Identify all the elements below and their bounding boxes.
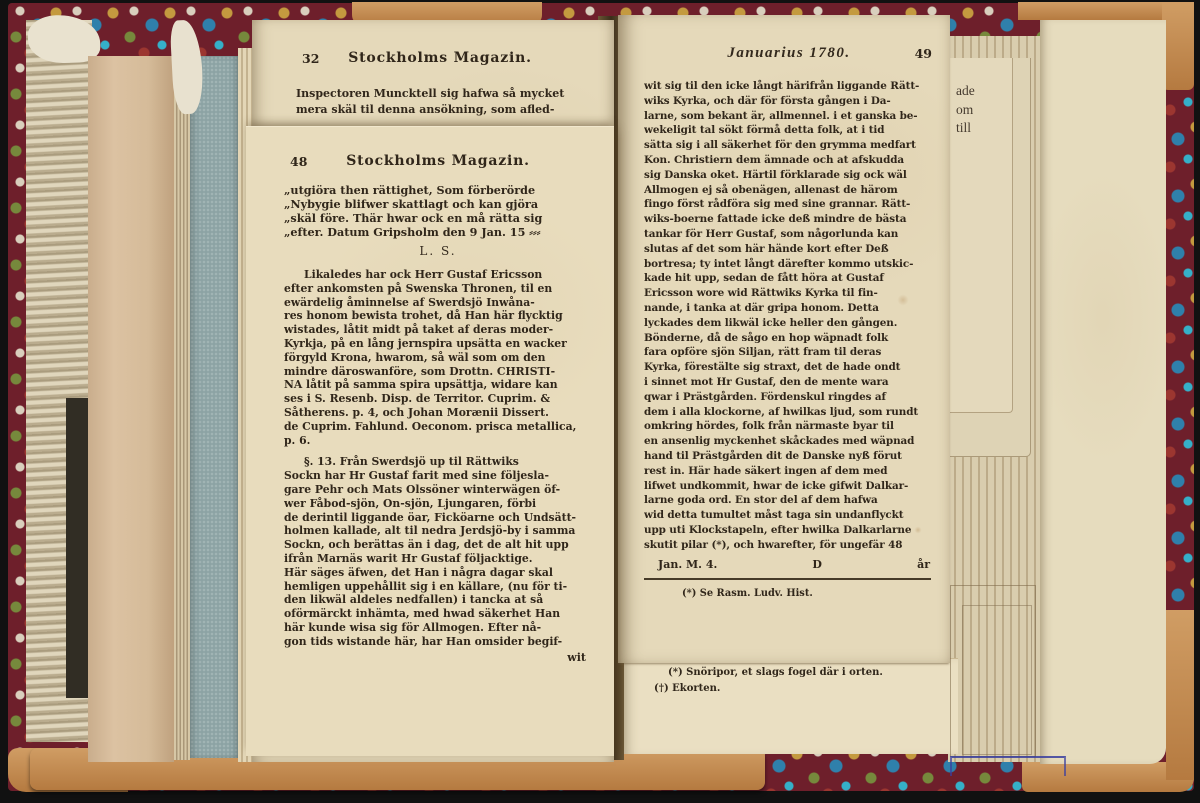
text-line: upp uti Klockstapeln, efter hwilka Dalka… (644, 523, 934, 538)
page-corner-outline (962, 605, 1032, 755)
text-line: gon tids wistande här, har Han omsider b… (284, 635, 592, 649)
text-line: tankar för Herr Gustaf, som någorlunda k… (644, 227, 934, 242)
page-number: 32 (302, 51, 319, 66)
leather-edge-right (1166, 610, 1194, 780)
text-line: hand til Prästgården dit de Danske nyß f… (644, 449, 934, 464)
running-title: Stockholms Magazin. (296, 50, 584, 66)
text-line: Såtherens. p. 4, och Johan Morænii Disse… (284, 406, 592, 420)
text-line: Likaledes har ock Herr Gustaf Ericsson (284, 268, 592, 282)
gathering-letter: D (717, 558, 917, 571)
stacked-tan-page-edge (88, 56, 174, 762)
text-line: efter ankomsten på Swenska Thronen, til … (284, 282, 592, 296)
running-title: Stockholms Magazin. (284, 153, 592, 169)
text-line: wid detta tumultet måst taga sin undanfl… (644, 508, 934, 523)
footnote-rule (644, 578, 931, 580)
text-line: larne goda ord. En stor del af dem hafwa (644, 493, 934, 508)
text-line: hemligen uppehållit sig i en källare, (n… (284, 580, 592, 594)
text-line: „utgiöra then rättighet, Som förberörde (284, 183, 592, 197)
text-line: NA låtit på samma spira upsättja, widare… (284, 378, 592, 392)
outer-leaf-right (1040, 20, 1166, 764)
signature-mark: Jan. M. 4. (658, 558, 717, 571)
book-photo: 32 Stockholms Magazin. Inspectoren Munck… (0, 0, 1200, 803)
text-line: om (956, 101, 975, 120)
text-line: lyckades dem likwäl icke heller den gång… (644, 316, 934, 331)
text-line: „skäl före. Thär hwar ock en må rätta si… (284, 211, 592, 225)
text-line: p. 6. (284, 434, 592, 448)
running-title: Januarius 1780. (644, 45, 934, 62)
text-line: lifwet undkommit, hwar de icke gifwit Da… (644, 479, 934, 494)
text-line: Kon. Christiern dem ämnade och at afskud… (644, 153, 934, 168)
text-line: wit sig til den icke långt härifrån ligg… (644, 79, 934, 94)
text-line: nande, i tanka at där gripa honom. Detta (644, 301, 934, 316)
seal-initials: L. S. (284, 244, 592, 258)
text-line: fara opföre sjön Siljan, rätt fram til d… (644, 345, 934, 360)
signature-line: Jan. M. 4. D år (644, 558, 934, 571)
page-number: 48 (290, 154, 307, 169)
running-header: 48 Stockholms Magazin. (284, 153, 592, 171)
text-line: qwar i Prästgården. Fördenskul ringdes a… (644, 390, 934, 405)
text-line: Kyrka, förestälte sig straxt, det de had… (644, 360, 934, 375)
text-line: „efter. Datum Gripsholm den 9 Jan. 15 ⸗⸗… (284, 225, 592, 239)
text-line: wiks Kyrka, och där för första gången i … (644, 94, 934, 109)
text-line: fingo först rådföra sig med sine grannar… (644, 197, 934, 212)
page-number: 49 (915, 46, 932, 61)
text-line: de derintil liggande öar, Ficköarne och … (284, 511, 592, 525)
text-line: (*) Snöripor, et slags fogel där i orten… (624, 665, 958, 681)
text-line: kade hit upp, sedan de fått höra at Gust… (644, 271, 934, 286)
right-page-49: Januarius 1780. 49 wit sig til den icke … (618, 15, 950, 663)
text-line: sig Danska oket. Härtil förklarade sig o… (644, 168, 934, 183)
text-line: wekeligit tal sökt förmå detta folk, at … (644, 123, 934, 138)
text-line: Bönderne, då de sågo en hop wäpnadt folk (644, 331, 934, 346)
running-header: Januarius 1780. 49 (644, 45, 934, 63)
text-line: Sockn har Hr Gustaf farit med sine följe… (284, 469, 592, 483)
text-line: Ericsson wore wid Rättwiks Kyrka til fin… (644, 286, 934, 301)
text-line: skutit pilar (*), och hwarefter, för ung… (644, 538, 934, 553)
text-line: förgyld Krona, hwarom, så wäl som om den (284, 351, 592, 365)
text-line: en ansenlig myckenhet skåckades med wäpn… (644, 434, 934, 449)
quoted-decree-block: „utgiöra then rättighet, Som förberörde„… (284, 183, 592, 239)
page-edge-lines (174, 52, 190, 760)
text-line: bortresa; ty intet långt därefter kommo … (644, 257, 934, 272)
text-line: den likwäl aldeles nedfallen) i tancka a… (284, 593, 592, 607)
paragraph: Likaledes har ock Herr Gustaf Ericssonef… (284, 268, 592, 447)
text-line: wiks-boerne fattade icke deß mindre de b… (644, 212, 934, 227)
text-line: mera skäl til denna ansökning, som afled… (296, 102, 584, 118)
text-line: §. 13. Från Swerdsjö up til Rättwiks (284, 455, 592, 469)
text-line: i sinnet mot Hr Gustaf, den de mente war… (644, 375, 934, 390)
dark-page-gap (66, 398, 88, 698)
inset-leaf-48: 48 Stockholms Magazin. „utgiöra then rät… (246, 126, 614, 756)
text-line: här kunde wisa sig för Allmogen. Efter n… (284, 621, 592, 635)
text-line: res honom bewista trohet, då Han här fly… (284, 309, 592, 323)
page-49-text: wit sig til den icke långt härifrån ligg… (644, 79, 934, 553)
edge-text-fragment: adeomtill (956, 82, 975, 138)
text-line: ade (956, 82, 975, 101)
text-line: ewärdelig åminnelse af Swerdsjö Inwåna- (284, 296, 592, 310)
text-line: till (956, 119, 975, 138)
text-line: „Nybygie blifwer skattlagt och kan gjöra (284, 197, 592, 211)
text-line: ifrån Marnäs warit Hr Gustaf följacktige… (284, 552, 592, 566)
text-line: larne, som bekant är, allmennel. i et ga… (644, 109, 934, 124)
text-line: wistades, låtit midt på taket af deras m… (284, 323, 592, 337)
blue-interleaf-paper (190, 56, 240, 758)
text-line: rest in. Här hade säkert ingen af dem me… (644, 464, 934, 479)
text-line: Här säges äfwen, det Han i några dagar s… (284, 566, 592, 580)
paragraph: §. 13. Från Swerdsjö up til RättwiksSock… (284, 455, 592, 648)
library-stamp-mark (950, 756, 1066, 776)
text-line: Inspectoren Muncktell sig hafwa så mycke… (296, 86, 584, 102)
catchword: wit (284, 651, 592, 664)
running-header: 32 Stockholms Magazin. (296, 50, 584, 68)
text-line: slutas af det som här hände kort efter D… (644, 242, 934, 257)
text-line: de Cuprim. Fahlund. Oeconom. prisca meta… (284, 420, 592, 434)
text-line: omkring hördes, folk från närmaste byar … (644, 419, 934, 434)
leather-corner-top-right (1162, 2, 1194, 90)
text-line: Kyrkja, på en lång jernspira upsätta en … (284, 337, 592, 351)
back-leaf: (*) Snöripor, et slags fogel där i orten… (624, 658, 958, 754)
text-line: wer Fåbod-sjön, On-sjön, Ljungaren, förb… (284, 497, 592, 511)
text-line: mindre däroswanföre, som Drottn. CHRISTI… (284, 365, 592, 379)
page-32-text: Inspectoren Muncktell sig hafwa så mycke… (296, 86, 584, 117)
back-leaf-footnotes: (*) Snöripor, et slags fogel där i orten… (624, 665, 958, 697)
text-line: oförmärckt inhämta, med hwad säkerhet Ha… (284, 607, 592, 621)
stacked-page-edge: adeomtill (948, 58, 1013, 413)
text-line: sätta sig i all säkerhet för den grymma … (644, 138, 934, 153)
text-line: Sockn, och berättas än i dag, det de alt… (284, 538, 592, 552)
text-line: holmen kallade, alt til nedra Jerdsjö-by… (284, 524, 592, 538)
text-line: ses i S. Resenb. Disp. de Territor. Cupr… (284, 392, 592, 406)
footnote: (*) Se Rasm. Ludv. Hist. (682, 588, 934, 599)
text-line: (†) Ekorten. (624, 681, 958, 697)
catchword: år (917, 558, 930, 571)
text-line: gare Pehr och Mats Olssöner winterwägen … (284, 483, 592, 497)
text-line: Allmogen ej så obenägen, allenast de här… (644, 183, 934, 198)
text-line: dem i alla klockorne, af hwilkas ljud, s… (644, 405, 934, 420)
